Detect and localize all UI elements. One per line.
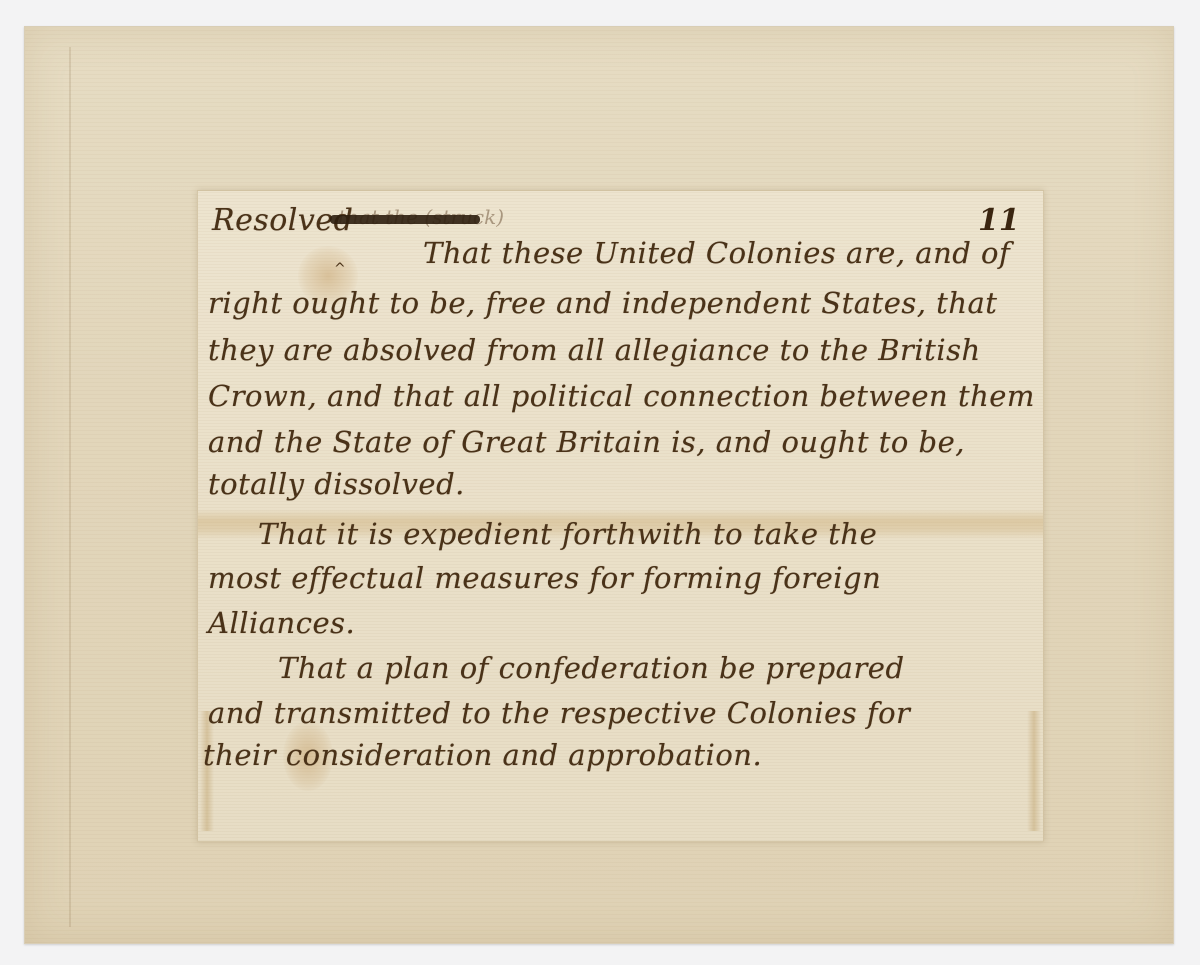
paragraph-1-line-1: That these United Colonies are, and of xyxy=(423,236,1010,270)
manuscript-page: Resolved that the (struck) 11 ^ That the… xyxy=(197,190,1044,842)
side-stain-right xyxy=(1027,711,1041,831)
paragraph-2-line-1: That it is expedient forthwith to take t… xyxy=(258,517,877,551)
backing-sheet: Resolved that the (struck) 11 ^ That the… xyxy=(24,26,1174,944)
paragraph-1-line-2: right ought to be, free and independent … xyxy=(208,286,997,320)
paragraph-3-line-2: and transmitted to the respective Coloni… xyxy=(208,696,910,730)
insertion-caret: ^ xyxy=(334,261,346,277)
paragraph-3-line-3: their consideration and approbation. xyxy=(203,738,762,772)
paragraph-2-line-2: most effectual measures for forming fore… xyxy=(208,561,881,595)
strike-through-bar xyxy=(330,215,480,224)
paragraph-3-line-1: That a plan of confederation be prepared xyxy=(278,651,905,685)
paragraph-2-line-3: Alliances. xyxy=(208,606,355,640)
page-number: 11 xyxy=(978,203,1020,238)
paragraph-1-line-3: they are absolved from all allegiance to… xyxy=(208,333,981,367)
paragraph-1-line-6: totally dissolved. xyxy=(208,467,465,501)
backing-crease xyxy=(69,47,71,927)
paragraph-1-line-5: and the State of Great Britain is, and o… xyxy=(208,425,965,459)
paragraph-1-line-4: Crown, and that all political connection… xyxy=(208,379,1035,413)
